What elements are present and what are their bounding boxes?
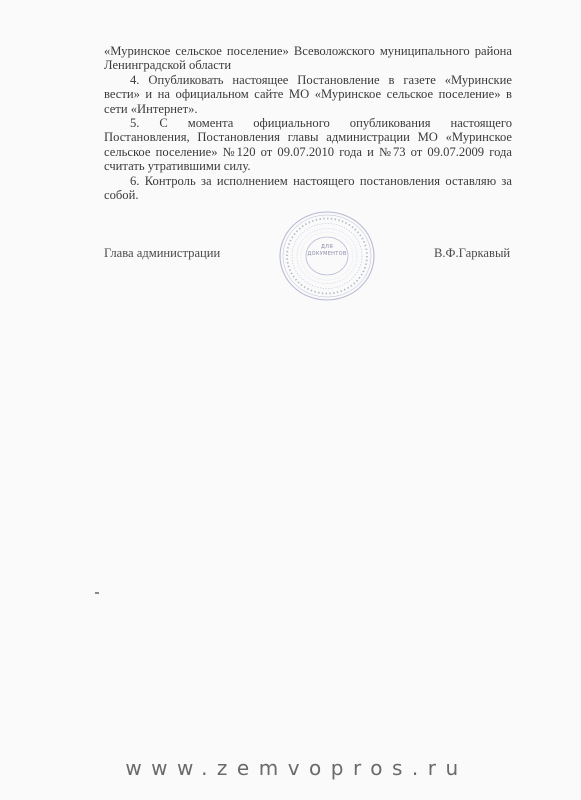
paragraph-6: 6. Контроль за исполнением настоящего по… <box>104 174 512 203</box>
paragraph-5: 5. С момента официального опубликования … <box>104 116 512 174</box>
document-body: «Муринское сельское поселение» Всеволожс… <box>104 44 512 202</box>
paragraph-continuation: «Муринское сельское поселение» Всеволожс… <box>104 44 512 73</box>
scan-artifact <box>95 592 99 594</box>
document-page: «Муринское сельское поселение» Всеволожс… <box>0 0 581 800</box>
paragraph-4: 4. Опубликовать настоящее Постановление … <box>104 73 512 116</box>
signatory-name: В.Ф.Гаркавый <box>434 246 510 261</box>
signatory-title: Глава администрации <box>104 246 220 261</box>
stamp-center-text: ДЛЯ ДОКУМЕНТОВ <box>278 244 376 258</box>
watermark-footer: www.zemvopros.ru <box>0 756 581 780</box>
official-stamp-icon: ДЛЯ ДОКУМЕНТОВ <box>278 210 376 302</box>
